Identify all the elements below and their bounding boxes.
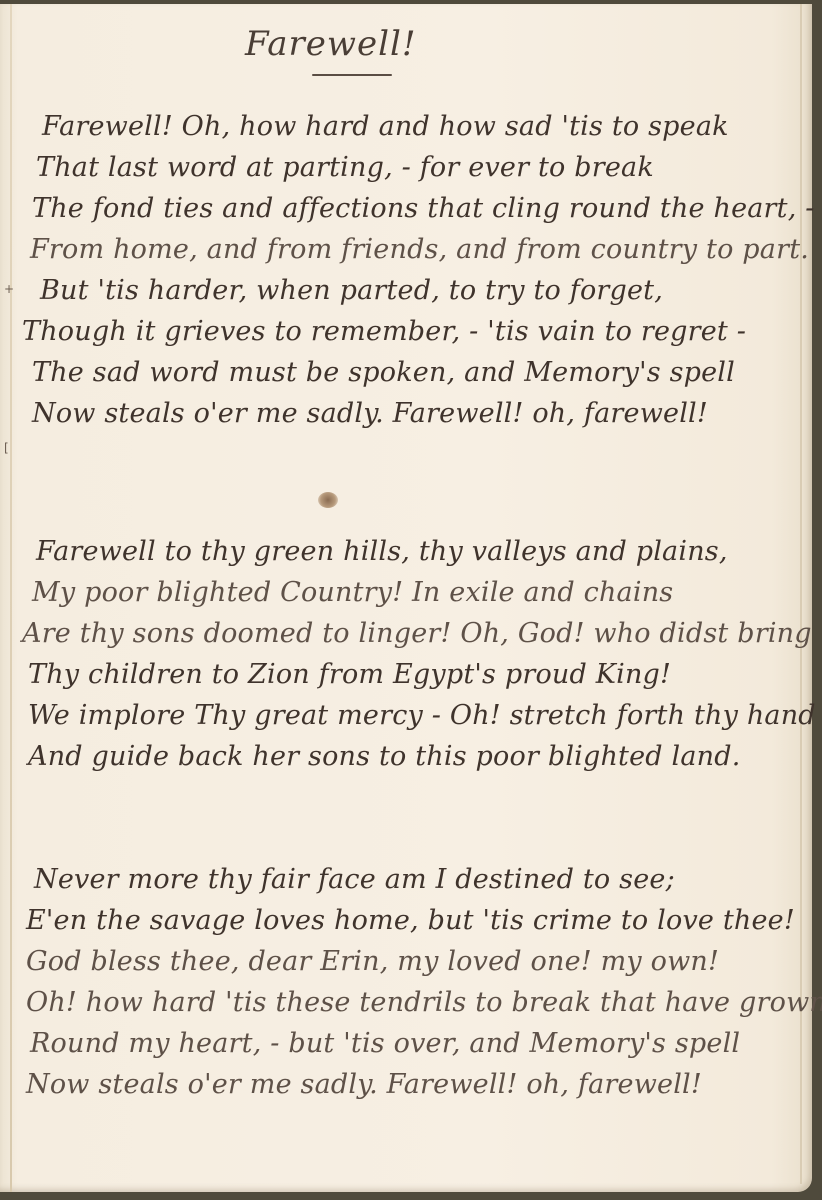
poem-line: Never more thy fair face am I destined t… [22,859,802,900]
title-underline [312,74,392,76]
poem-line: From home, and from friends, and from co… [22,229,802,270]
ink-stain [318,492,338,508]
poem-line: Round my heart, - but 'tis over, and Mem… [22,1023,802,1064]
poem-line: E'en the savage loves home, but 'tis cri… [22,900,802,941]
margin-mark: [ [4,441,9,455]
manuscript-page: + [ Farewell! Farewell! Oh, how hard and… [0,4,812,1192]
margin-mark: + [4,282,14,296]
poem-title: Farewell! [245,24,417,64]
stanza-3: Never more thy fair face am I destined t… [22,859,802,1105]
poem-line: My poor blighted Country! In exile and c… [22,572,802,613]
poem-line: Oh! how hard 'tis these tendrils to brea… [22,982,802,1023]
stanza-1: Farewell! Oh, how hard and how sad 'tis … [22,106,802,434]
poem-line: Though it grieves to remember, - 'tis va… [22,311,802,352]
poem-line: Farewell to thy green hills, thy valleys… [22,531,802,572]
poem-line: That last word at parting, - for ever to… [22,147,802,188]
poem-line: We implore Thy great mercy - Oh! stretch… [22,695,802,736]
poem-line: The sad word must be spoken, and Memory'… [22,352,802,393]
poem-line: Now steals o'er me sadly. Farewell! oh, … [22,1064,802,1105]
poem-line: But 'tis harder, when parted, to try to … [22,270,802,311]
poem-line: Farewell! Oh, how hard and how sad 'tis … [22,106,802,147]
poem-line: And guide back her sons to this poor bli… [22,736,802,777]
page-gutter [10,4,12,1192]
poem-line: Are thy sons doomed to linger! Oh, God! … [22,613,802,654]
manuscript-scan: + [ Farewell! Farewell! Oh, how hard and… [0,0,822,1200]
poem-line: Now steals o'er me sadly. Farewell! oh, … [22,393,802,434]
poem-line: God bless thee, dear Erin, my loved one!… [22,941,802,982]
poem-line: Thy children to Zion from Egypt's proud … [22,654,802,695]
stanza-2: Farewell to thy green hills, thy valleys… [22,531,802,777]
poem-line: The fond ties and affections that cling … [22,188,802,229]
